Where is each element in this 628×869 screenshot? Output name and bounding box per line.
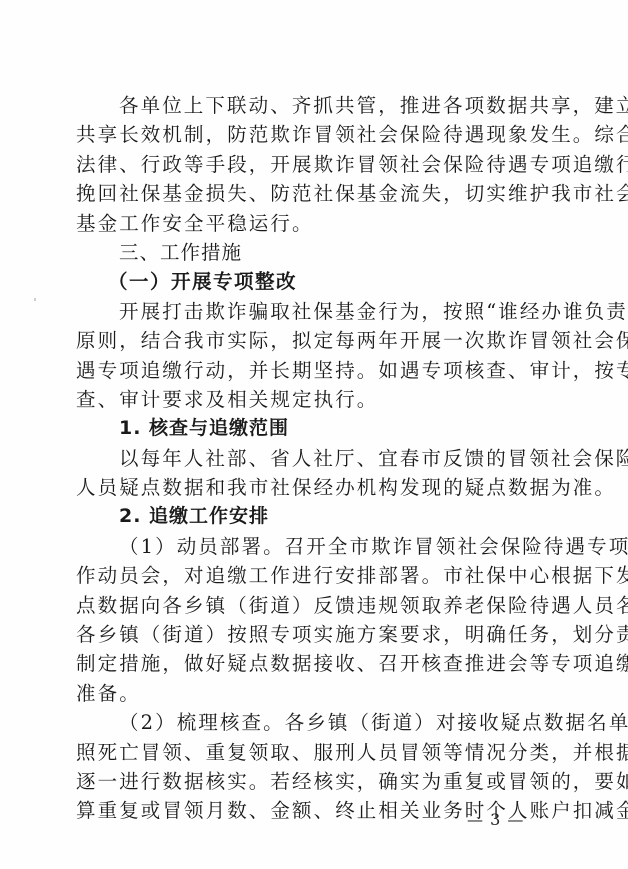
text-line: 挽回社保基金损失、防范社保基金流失，切实维护我市社会保险 <box>76 179 534 208</box>
text-line: 开展打击欺诈骗取社保基金行为，按照“谁经办谁负责”的 <box>76 297 534 326</box>
text-line: 制定措施，做好疑点数据接收、召开核查推进会等专项追缴工作 <box>76 649 534 678</box>
text-line: 准备。 <box>76 679 534 708</box>
text-line: 查、审计要求及相关规定执行。 <box>76 385 534 414</box>
text-line: 照死亡冒领、重复领取、服刑人员冒领等情况分类，并根据批次 <box>76 738 534 767</box>
text-line: 原则，结合我市实际，拟定每两年开展一次欺诈冒领社会保险待 <box>76 326 534 355</box>
text-line: 逐一进行数据核实。若经核实，确实为重复或冒领的，要如实核 <box>76 767 534 796</box>
text-line: 点数据向各乡镇（街道）反馈违规领取养老保险待遇人员名单， <box>76 591 534 620</box>
text-line: 各单位上下联动、齐抓共管，推进各项数据共享，建立联动 <box>76 91 534 120</box>
subsection-heading-special-rectification: （一）开展专项整改 <box>76 267 534 296</box>
text-line: 法律、行政等手段，开展欺诈冒领社会保险待遇专项追缴行动， <box>76 150 534 179</box>
item-heading-scope: 1. 核查与追缴范围 <box>76 414 534 443</box>
paragraph-intro-continuation: 各单位上下联动、齐抓共管，推进各项数据共享，建立联动 共享长效机制，防范欺诈冒领… <box>76 91 534 238</box>
text-line: 遇专项追缴行动，并长期坚持。如遇专项核查、审计，按专项核 <box>76 356 534 385</box>
text-line: 共享长效机制，防范欺诈冒领社会保险待遇现象发生。综合运用 <box>76 120 534 149</box>
section-heading-work-measures: 三、工作措施 <box>76 238 534 267</box>
paragraph-verification: （2）梳理核查。各乡镇（街道）对接收疑点数据名单人员按 照死亡冒领、重复领取、服… <box>76 708 534 826</box>
text-line: 基金工作安全平稳运行。 <box>76 209 534 238</box>
text-line: 人员疑点数据和我市社保经办机构发现的疑点数据为准。 <box>76 473 534 502</box>
document-page: 各单位上下联动、齐抓共管，推进各项数据共享，建立联动 共享长效机制，防范欺诈冒领… <box>0 0 628 869</box>
text-line: 算重复或冒领月数、金额、终止相关业务时个人账户扣减金额、 <box>76 796 534 825</box>
paragraph-scope: 以每年人社部、省人社厅、宜春市反馈的冒领社会保险待遇 人员疑点数据和我市社保经办… <box>76 444 534 503</box>
text-line: （2）梳理核查。各乡镇（街道）对接收疑点数据名单人员按 <box>76 708 534 737</box>
page-number: — 3 — <box>467 810 524 829</box>
item-heading-arrangement: 2. 追缴工作安排 <box>76 502 534 531</box>
text-line: （1）动员部署。召开全市欺诈冒领社会保险待遇专项追缴工 <box>76 532 534 561</box>
paragraph-mobilization: （1）动员部署。召开全市欺诈冒领社会保险待遇专项追缴工 作动员会，对追缴工作进行… <box>76 532 534 708</box>
paragraph-special-rectification: 开展打击欺诈骗取社保基金行为，按照“谁经办谁负责”的 原则，结合我市实际，拟定每… <box>76 297 534 415</box>
text-line: 以每年人社部、省人社厅、宜春市反馈的冒领社会保险待遇 <box>76 444 534 473</box>
scan-margin-mark <box>34 298 36 301</box>
document-body: 各单位上下联动、齐抓共管，推进各项数据共享，建立联动 共享长效机制，防范欺诈冒领… <box>76 91 534 826</box>
text-line: 各乡镇（街道）按照专项实施方案要求，明确任务，划分责任， <box>76 620 534 649</box>
text-line: 作动员会，对追缴工作进行安排部署。市社保中心根据下发的疑 <box>76 561 534 590</box>
